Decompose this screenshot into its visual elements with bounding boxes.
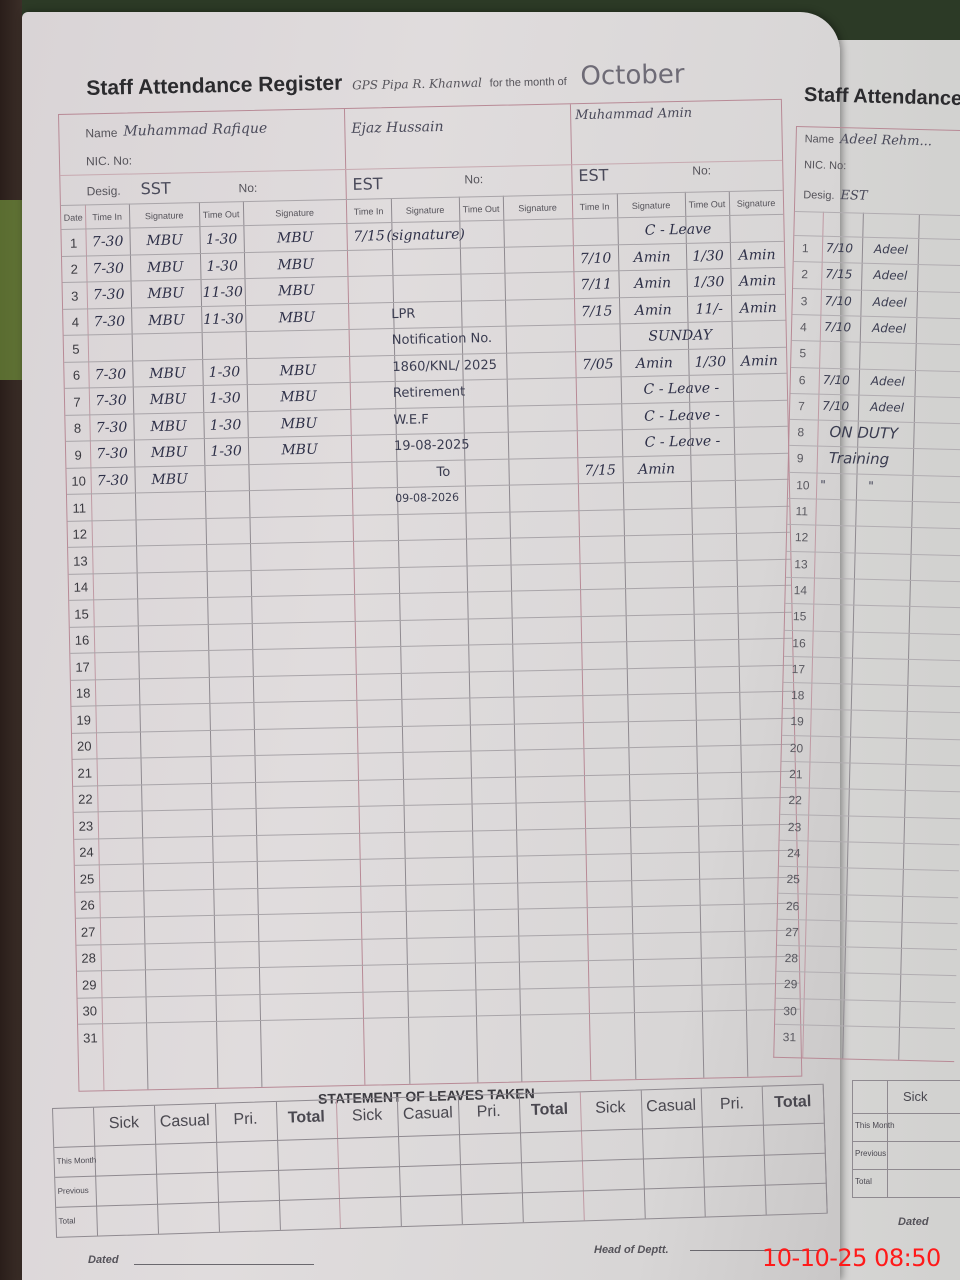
time-in-cell: 7/05 <box>575 351 621 378</box>
leaves-column-header: Casual <box>640 1097 701 1117</box>
signature-cell: MBU <box>246 356 350 385</box>
signature-header-6: Signature <box>729 191 783 216</box>
signature-cell: MBU <box>247 409 351 438</box>
day-number: 12 <box>795 530 809 544</box>
table-row: 31 <box>774 1024 955 1056</box>
leaves-row-label: This Month <box>57 1156 97 1166</box>
day-number: 9 <box>66 441 91 468</box>
day-number: 6 <box>799 373 806 387</box>
duty-note-cell: Training <box>829 449 890 468</box>
day-number: 28 <box>784 951 798 965</box>
signature-cell: Amin <box>732 347 787 375</box>
day-number: 22 <box>73 786 98 813</box>
time-out-cell: 11-30 <box>201 279 246 306</box>
next-page-header-value: EST <box>840 188 867 204</box>
signature-cell: MBU <box>133 386 204 414</box>
day-number: 1 <box>802 241 809 255</box>
day-number: 14 <box>793 583 807 597</box>
leaves-row-label: Total <box>58 1216 75 1226</box>
staff-2-designation: EST <box>352 174 382 194</box>
signature-cell: Amin <box>619 296 688 324</box>
next-page-header-label: Desig.EST <box>803 187 868 204</box>
day-number: 11 <box>795 504 808 518</box>
signature-cell: Amin <box>618 243 687 271</box>
time-out-cell: 11-30 <box>201 306 246 333</box>
next-page-header-value: Adeel Rehm... <box>840 132 932 149</box>
time-out-cell: 1-30 <box>204 438 249 465</box>
nic-label-1: NIC. No: <box>86 153 132 168</box>
time-in-cell: 7-30 <box>89 387 134 414</box>
day-number: 6 <box>64 362 89 389</box>
time-in-cell: 7/10 <box>823 372 850 387</box>
time-in-cell: 7-30 <box>85 229 130 256</box>
day-number: 27 <box>76 918 101 945</box>
signature-header-5: Signature <box>617 193 685 218</box>
signature-cell: MBU <box>248 436 352 465</box>
staff-1-designation: SST <box>140 179 170 199</box>
day-number: 28 <box>76 945 101 972</box>
day-number: 29 <box>784 977 798 991</box>
time-out-header-3: Time Out <box>685 192 729 217</box>
day-number: 20 <box>72 733 97 760</box>
time-out-cell: 1/30 <box>686 269 731 296</box>
time-in-header-3: Time In <box>572 194 617 219</box>
background-dark-edge <box>0 0 22 1280</box>
signature-cell: MBU <box>244 250 348 279</box>
time-out-cell: 1-30 <box>203 385 248 412</box>
next-page-header-label: NameAdeel Rehm... <box>805 131 933 149</box>
signature-cell: Amin <box>618 270 687 298</box>
no-label-3: No: <box>692 163 711 177</box>
signature-cell: " <box>868 479 874 493</box>
next-page-header-label: NIC. No: <box>804 159 846 172</box>
register-title: Staff Attendance Register <box>86 72 342 100</box>
attendance-table: Name Muhammad Rafique NIC. No: Desig. SS… <box>58 99 802 1092</box>
signature-cell: MBU <box>247 383 351 412</box>
leaves-row-label: This Month <box>855 1121 895 1130</box>
day-number: 4 <box>63 309 88 336</box>
time-out-cell <box>690 454 735 481</box>
day-number: 16 <box>792 636 806 650</box>
time-out-cell: 1-30 <box>202 359 247 386</box>
lpr-note-line: 19-08-2025 <box>394 437 470 454</box>
signature-cell: Adeel <box>872 321 906 336</box>
leaves-column-header: Pri. <box>215 1110 276 1130</box>
day-number: 31 <box>783 1030 797 1044</box>
time-in-header-1: Time In <box>85 205 129 230</box>
lpr-note-line: W.E.F <box>393 412 429 428</box>
signature-cell: Amin <box>622 455 691 483</box>
time-out-cell: 1-30 <box>199 226 244 253</box>
signature-cell: Amin <box>730 241 785 269</box>
signature-header-1: Signature <box>129 203 199 228</box>
camera-timestamp: 10-10-25 08:50 <box>762 1244 941 1272</box>
staff-3-name: Muhammad Amin <box>575 106 692 123</box>
signature-header-2: Signature <box>243 200 346 226</box>
time-in-cell: 7/10 <box>573 245 619 272</box>
signature-cell: MBU <box>133 413 204 441</box>
signature-cell: Adeel <box>871 373 905 388</box>
signature-cell: Amin <box>731 294 786 322</box>
day-number: 26 <box>75 892 100 919</box>
time-out-cell <box>202 332 247 359</box>
day-number: 24 <box>787 846 801 860</box>
day-number: 30 <box>783 1004 797 1018</box>
time-out-cell: 1/30 <box>686 242 731 269</box>
leaves-row-label: Previous <box>855 1149 886 1158</box>
lpr-note-line: 1860/KNL/ 2025 <box>392 357 497 374</box>
leaves-column-header: Pri. <box>701 1095 762 1115</box>
month-label: for the month of <box>490 76 567 90</box>
next-page-table: NameAdeel Rehm...NIC. No:Desig.EST17/10A… <box>773 126 960 1062</box>
time-in-cell: 7/10 <box>824 320 851 335</box>
signature-cell: (signature) <box>391 222 460 250</box>
signature-cell: Amin <box>620 349 689 377</box>
day-number: 2 <box>62 256 87 283</box>
leaves-table: SickCasualPri.TotalSickCasualPri.TotalSi… <box>52 1084 828 1238</box>
time-in-cell: 7/15 <box>825 267 852 282</box>
time-in-cell: 7/10 <box>826 241 853 256</box>
time-in-cell: 7/15 <box>346 223 392 250</box>
day-number: 26 <box>786 898 800 912</box>
lpr-note-line: To <box>436 464 450 479</box>
leaves-column-header: Casual <box>154 1112 215 1132</box>
name-label-1: Name <box>85 126 117 141</box>
signature-cell: MBU <box>130 254 201 282</box>
signature-cell: MBU <box>131 280 202 308</box>
staff-3-designation: EST <box>578 165 608 185</box>
leaves-column-header: Casual <box>397 1104 458 1124</box>
day-number: 30 <box>78 998 103 1025</box>
day-number: 23 <box>74 812 99 839</box>
day-number: 11 <box>67 494 92 521</box>
lpr-note-line: Notification No. <box>392 331 493 348</box>
next-page-leaves-table: SickThis MonthPreviousTotal <box>852 1080 960 1198</box>
school-name: GPS Pipa R. Khanwal <box>352 76 482 93</box>
staff-1-name: Muhammad Rafique <box>123 121 267 140</box>
next-page-title: Staff Attendance <box>804 84 960 111</box>
time-out-header-2: Time Out <box>459 197 503 222</box>
time-in-cell: 7-30 <box>89 414 134 441</box>
signature-cell: Amin <box>730 268 785 296</box>
time-in-header-2: Time In <box>346 199 391 224</box>
leaves-column-header: Pri. <box>458 1102 519 1122</box>
time-out-cell <box>204 465 249 492</box>
day-number: 1 <box>61 229 86 256</box>
signature-cell <box>248 462 352 491</box>
time-in-cell: 7/10 <box>822 399 849 414</box>
time-in-cell: 7/15 <box>574 298 620 325</box>
day-number: 17 <box>792 662 806 676</box>
dated-label: Dated <box>88 1254 119 1266</box>
day-number: 19 <box>790 714 804 728</box>
signature-header-3: Signature <box>391 198 459 223</box>
day-number: 15 <box>793 609 807 623</box>
day-number: 29 <box>77 971 102 998</box>
dated-line <box>134 1264 314 1265</box>
day-number: 21 <box>73 759 98 786</box>
signature-cell: MBU <box>132 360 203 388</box>
day-number: 5 <box>799 346 806 360</box>
signature-cell: Adeel <box>870 400 904 415</box>
day-number: 3 <box>801 294 808 308</box>
day-number: 5 <box>64 335 89 362</box>
signature-cell: MBU <box>131 307 202 335</box>
day-number: 8 <box>797 425 804 439</box>
day-number: 14 <box>69 574 94 601</box>
day-number: 17 <box>70 653 95 680</box>
day-number: 20 <box>790 741 804 755</box>
day-number: 25 <box>786 872 800 886</box>
leaves-column-header: Total <box>276 1108 337 1128</box>
time-out-cell: 1-30 <box>203 412 248 439</box>
day-number: 27 <box>785 925 799 939</box>
time-in-cell <box>88 335 133 362</box>
time-out-cell: 1-30 <box>200 253 245 280</box>
signature-cell <box>246 330 350 359</box>
day-number: 23 <box>788 820 802 834</box>
signature-header-4: Signature <box>503 195 572 220</box>
signature-cell <box>734 453 789 481</box>
day-number: 3 <box>63 282 88 309</box>
time-in-cell: 7/10 <box>825 293 852 308</box>
day-number: 31 <box>78 1024 103 1051</box>
day-number: 8 <box>65 415 90 442</box>
leaves-column-header: Sick <box>903 1089 928 1104</box>
signature-cell: MBU <box>134 439 205 467</box>
day-number: 7 <box>65 388 90 415</box>
day-number: 15 <box>69 600 94 627</box>
day-number: 4 <box>800 320 807 334</box>
day-number: 2 <box>801 267 808 281</box>
time-in-cell: " <box>820 477 826 491</box>
head-of-dept-label: Head of Deptt. <box>594 1244 669 1256</box>
next-page-dated-label: Dated <box>898 1216 929 1228</box>
staff-2-name: Ejaz Hussain <box>351 119 443 137</box>
duty-note-cell: ON DUTY <box>829 423 898 443</box>
signature-cell <box>132 333 203 361</box>
time-out-cell: 1/30 <box>688 348 733 375</box>
day-number: 13 <box>68 547 93 574</box>
no-label-2: No: <box>464 172 483 186</box>
signature-cell: MBU <box>134 466 205 494</box>
leaves-column-header: Total <box>519 1100 580 1120</box>
desig-label-1: Desig. <box>86 184 120 199</box>
signature-cell: Adeel <box>874 242 908 257</box>
time-in-cell: 7-30 <box>90 467 135 494</box>
signature-cell: MBU <box>243 224 347 253</box>
leaves-row-label: Total <box>855 1177 872 1186</box>
day-number: 24 <box>74 839 99 866</box>
day-number: 19 <box>71 706 96 733</box>
lpr-note-line: LPR <box>391 306 415 322</box>
day-number: 25 <box>75 865 100 892</box>
day-number: 9 <box>797 452 804 466</box>
leaves-column-header: Total <box>762 1093 823 1113</box>
time-in-cell: 7/11 <box>573 271 619 298</box>
leaves-column-header: Sick <box>93 1114 154 1134</box>
signature-cell: MBU <box>245 303 349 332</box>
day-number: 22 <box>788 793 802 807</box>
date-header: Date <box>61 205 85 229</box>
month-value: October <box>580 59 685 91</box>
time-in-cell: 7-30 <box>86 255 131 282</box>
signature-cell: MBU <box>244 277 348 306</box>
leaves-column-header: Sick <box>580 1099 641 1119</box>
day-number: 13 <box>794 557 808 571</box>
time-in-cell: 7-30 <box>88 361 133 388</box>
time-out-cell: 11/- <box>687 295 732 322</box>
time-in-cell: 7-30 <box>87 282 132 309</box>
day-number: 12 <box>68 521 93 548</box>
day-number: 18 <box>71 680 96 707</box>
lpr-note-line: Retirement <box>393 385 466 402</box>
signature-cell: MBU <box>129 227 200 255</box>
leaves-row-label: Previous <box>57 1186 88 1196</box>
signature-cell: Adeel <box>873 268 907 283</box>
day-number: 10 <box>66 468 91 495</box>
time-out-header-1: Time Out <box>199 202 243 227</box>
lpr-note-line: 09-08-2026 <box>395 491 459 505</box>
time-in-cell: 7-30 <box>90 440 135 467</box>
leaves-column-header: Sick <box>336 1106 397 1126</box>
signature-cell: Adeel <box>873 295 907 310</box>
day-number: 18 <box>791 688 805 702</box>
background-green-cloth <box>0 200 24 380</box>
day-number: 21 <box>789 767 803 781</box>
no-label-1: No: <box>238 181 257 195</box>
time-in-cell: 7-30 <box>87 308 132 335</box>
time-in-cell: 7/15 <box>577 457 623 484</box>
day-number: 16 <box>70 627 95 654</box>
day-number: 10 <box>796 478 810 492</box>
day-number: 7 <box>798 399 805 413</box>
